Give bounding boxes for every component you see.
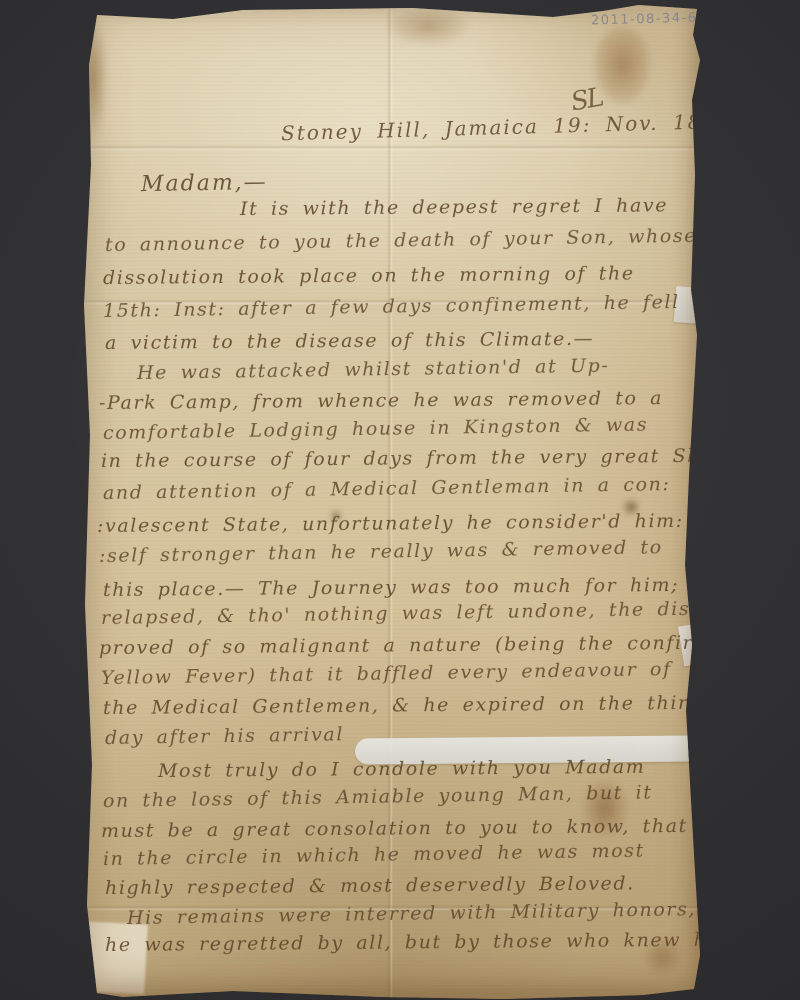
letter-line: day after his arrival (105, 725, 344, 748)
letter-line: this place.— The Journey was too much fo… (103, 576, 719, 600)
letter-line: Most truly do I condole with you Madam (158, 758, 646, 781)
letter-line: :self stronger than he really was & remo… (99, 538, 663, 566)
letter-line: He was attacked whilst station'd at Up- (137, 357, 610, 383)
letter-line: highly respected & most deservedly Belov… (105, 874, 635, 898)
letter-line: Yellow Fever) that it baffled every ende… (101, 660, 672, 688)
letter-line: 15th: Inst: after a few days confinement… (103, 293, 680, 321)
letter-line: It is with the deepest regret I have (240, 196, 668, 219)
letter-line: comfortable Lodging house in Kingston & … (103, 415, 648, 443)
letter-line: to announce to you the death of your Son… (105, 227, 697, 255)
letter-line: relapsed, & tho' nothing was left undone… (101, 599, 741, 628)
letter-line: :valescent State, unfortunately he consi… (97, 512, 684, 536)
letter-line: the Medical Gentlemen, & he expired on t… (103, 694, 703, 718)
letter-line: on the loss of this Amiable young Man, b… (103, 783, 653, 811)
letter-line: and attention of a Medical Gentleman in … (103, 475, 671, 503)
horizontal-crease (83, 145, 703, 151)
dateline: Stoney Hill, Jamaica 19: Nov. 1808 (281, 109, 732, 146)
letter-line: he was regretted by all, but by those wh… (105, 931, 735, 955)
letter-line: in the circle in which he moved he was m… (103, 841, 645, 869)
letter-paper: 2011-08-34-6 SL Stoney Hill, Jamaica 19:… (83, 5, 703, 999)
edge-stain (77, 13, 107, 143)
letter-line: a victim to the disease of this Climate.… (105, 330, 594, 353)
letter-line: in the course of four days from the very… (101, 447, 724, 471)
ink-stain (593, 25, 651, 105)
letter-line: dissolution took place on the morning of… (103, 264, 635, 288)
repair-patch (84, 921, 148, 994)
letter-line: proved of so malignant a nature (being t… (99, 633, 734, 658)
accession-number: 2011-08-34-6 (591, 11, 698, 29)
salutation: Madam,— (141, 170, 268, 197)
photo-background: 2011-08-34-6 SL Stoney Hill, Jamaica 19:… (0, 0, 800, 1000)
ink-stain (383, 5, 473, 47)
letter-line: must be a great consolation to you to kn… (101, 817, 688, 841)
letter-line: -Park Camp, from whence he was removed t… (99, 389, 663, 413)
